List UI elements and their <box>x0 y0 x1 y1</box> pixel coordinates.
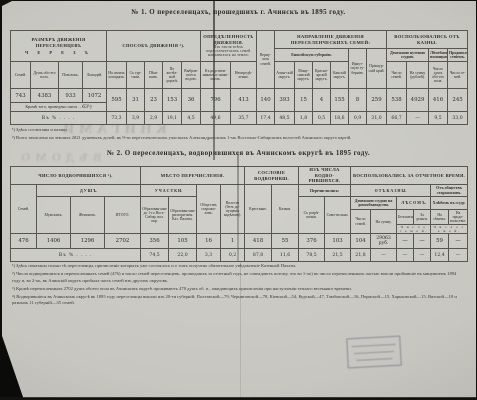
t1-col-header: Съ гур-тами. <box>127 62 145 89</box>
t1-data-cell: 8 <box>349 89 367 112</box>
t1-livestock-note: Кромѣ того, проведено скота . . 63¹) <box>11 103 107 112</box>
t2-g5-timber-subheader: Л Ѣ С О М Ъ. <box>397 197 431 210</box>
t2-col-header: Образован-ные распоря-жен. Каз. Палаты. <box>169 197 197 234</box>
t2-group-estate-header: СОСЛОВІЕ ВОДВОРИВШ. <box>245 167 299 185</box>
t2-col-header: Женскихъ. <box>71 197 105 234</box>
t1-col-header: Мину-синскій округъ. <box>295 62 313 89</box>
t1-percent-cell: 17,4 <box>257 112 275 125</box>
t2-data-cell: — <box>414 234 431 249</box>
t2-data-cell: 1 <box>221 234 245 249</box>
fold-crease-upper <box>213 0 215 160</box>
t2-percent-cell: 3,3 <box>197 249 221 262</box>
t2-data-cell: 105 <box>169 234 197 249</box>
t1-data-cell: 36 <box>182 89 201 112</box>
t1-group-opredelennost-header: ОПРЕДѢЛЕННОСТЬ ДВИЖЕНІЯ. Изъ числа всѣхъ… <box>201 31 257 62</box>
t2-col-header: На сумму. <box>371 210 397 234</box>
t2-percent-cell: 78,5 <box>299 249 325 262</box>
library-stamp <box>346 336 401 369</box>
t1-percent-cell: 49,6 <box>201 112 231 125</box>
table-1: РАЗМѢРЪ ДВИЖЕНІЯ ПЕРЕСЕЛЕНЦЕВЪ Ч Е Р Е З… <box>10 30 468 125</box>
t1-g1-spaced: Ч Е Р Е З Ъ <box>12 50 105 56</box>
t1-group-napravlenie-header: НАПРАВЛЕНІЕ ДВИЖЕНІЯ ПЕРЕСЕЛЕНЧЕСКИХЪ СЕ… <box>275 31 387 49</box>
t2-data-cell: 55 <box>272 234 299 249</box>
t1-col-header: По желѣз-ной дорогѣ. <box>163 62 182 89</box>
t1-returned-families-header: Верну-лось семей. <box>257 31 275 89</box>
t1-col-header: Неопредѣ-ленно. <box>231 62 257 89</box>
t2-percent-cell: 21,5 <box>325 249 351 262</box>
t2-col-header: Обществъ старожи-ловъ. <box>197 185 221 234</box>
t2-number-of-families-band: Ч и с л о с е м е й. <box>397 225 431 234</box>
t1-col-header: Къ родствен-никамъ и знако-мымъ. <box>201 62 231 89</box>
t2-percent-row-label: Въ % . . . . <box>11 249 141 262</box>
t1-percent-cell: 48,5 <box>275 112 295 125</box>
t1-percent-cell: 0,9 <box>349 112 367 125</box>
t2-col-header: Мужскихъ. <box>37 197 71 234</box>
t2-col-header: Крестьяне. <box>245 185 272 234</box>
t2-col-header: Съ разрѣ-шенія. <box>299 197 325 234</box>
t1-percent-cell: 9,5 <box>429 112 448 125</box>
t1-data-cell: 153 <box>163 89 182 112</box>
t1-col-header: Число семей. <box>387 62 407 89</box>
t2-percent-cell: 0,2 <box>221 249 245 262</box>
fold-crease-bottom <box>240 262 241 398</box>
t2-col-header: Казаки. <box>272 185 299 234</box>
t1-g5-subgroup-loan: Денежною путевою ссудою. <box>387 49 429 62</box>
t2-col-header: Безплатно. <box>397 210 414 225</box>
t2-data-cell: 2702 <box>105 234 141 249</box>
fold-crease-lower <box>237 152 239 262</box>
table2-footnotes: ¹) Здѣсь показаны только тѣ переселенцы,… <box>12 263 464 308</box>
t2-percent-cell: — <box>371 249 397 262</box>
t1-percent-cell: 4,5 <box>182 112 201 125</box>
t2-col-header: На продо-вольствіе. <box>449 210 468 225</box>
footnote: ²) Число водворившихся и перечисленныхъ … <box>12 271 464 285</box>
t2-col-header: ИТОГО. <box>105 197 141 234</box>
t2-data-cell: 356 <box>141 234 169 249</box>
t1-col-header: Красно-ярскій округъ. <box>313 62 331 89</box>
t1-col-header: Канскій округъ. <box>331 62 349 89</box>
t1-g3-title: ОПРЕДѢЛЕННОСТЬ ДВИЖЕНІЯ. <box>202 34 255 45</box>
t1-group-sposob-header: СПОСОБЪ ДВИЖЕНІЯ ²). <box>107 31 201 62</box>
footnote: ¹) Здѣсь сосчитаны и казаки. <box>12 127 464 134</box>
t2-percent-cell: — <box>449 249 468 262</box>
t1-g4-col-priamur: Пріамур-скій край. <box>367 49 387 89</box>
t2-group-settled-header: ЧИСЛО ВОДВОРИВШИХСЯ ¹). <box>11 167 141 185</box>
footnote: ¹) Здѣсь показаны только тѣ переселенцы,… <box>12 263 464 270</box>
t1-percent-cell: 2,9 <box>145 112 163 125</box>
t2-col-header: На сѣмена. <box>431 210 449 225</box>
t1-data-cell: 15 <box>295 89 313 112</box>
scanned-document-page: { "t1": { "title": "№ 1. О переселенцахъ… <box>0 0 477 400</box>
t1-percent-cell: 19,1 <box>163 112 182 125</box>
t2-group-ofnumber-header: ИЗЪ ЧИСЛА ВОДВО-РИВШИХСЯ. <box>299 167 351 185</box>
t2-percent-cell: 21,8 <box>351 249 371 262</box>
t2-data-cell: 29063 руб. <box>371 234 397 249</box>
t1-col-header: Число душъ обо-его пола. <box>429 62 448 89</box>
t1-col-header: Душъ обо-его пола. <box>31 62 59 89</box>
t1-group-vospolzovalis-header: ВОСПОЛЬЗОВАЛИСЬ ОТЪ КАЗНЫ. <box>387 31 468 49</box>
t1-data-cell: 416 <box>429 89 448 112</box>
t1-col-header: На своихъ лошадяхъ. <box>107 62 127 89</box>
t1-data-cell: 595 <box>107 89 127 112</box>
t1-col-header: Ачин-скій округъ. <box>275 62 295 89</box>
t2-g1-dush-subheader: Д У Ш Ъ. <box>37 185 141 197</box>
t2-data-cell: 476 <box>11 234 37 249</box>
t1-col-header: Пѣш-комъ. <box>145 62 163 89</box>
t2-data-cell: — <box>397 234 414 249</box>
t2-data-cell: — <box>449 234 468 249</box>
t1-g3-subtitle: Изъ числа всѣхъ переселенческихъ семей н… <box>202 46 255 58</box>
t1-percent-cell: 18,6 <box>331 112 349 125</box>
t2-g5-oldtimers-subheader: Отъ обществъ старожиловъ. <box>431 185 468 197</box>
t1-percent-cell: 66,7 <box>387 112 407 125</box>
t1-col-header: На сумму (рублей). <box>407 62 429 89</box>
t2-data-cell: 376 <box>299 234 325 249</box>
t2-group-place-header: МѢСТО ПЕРЕЧИСЛЕНІЯ. <box>141 167 245 185</box>
t1-data-cell: 743 <box>11 89 31 103</box>
t1-data-cell: 4929 <box>407 89 429 112</box>
t2-percent-cell: 74,5 <box>141 249 169 262</box>
t1-data-cell: 259 <box>367 89 387 112</box>
t2-data-cell: 16 <box>197 234 221 249</box>
t1-data-cell: 155 <box>331 89 349 112</box>
t1-percent-cell: — <box>407 112 429 125</box>
table1-footnotes: ¹) Здѣсь сосчитаны и казаки. ²) Всего за… <box>12 127 464 143</box>
t2-data-cell: 1406 <box>37 234 71 249</box>
t2-col-header: Само-вольно. <box>325 197 351 234</box>
t1-data-cell: 140 <box>257 89 275 112</box>
t1-percent-cell: 73,3 <box>107 112 127 125</box>
t1-col-header: Семей. <box>11 62 31 89</box>
t2-g5-grainloan-subheader: Хлѣбомъ въ ссуду. <box>431 197 468 210</box>
t2-percent-cell: 87,8 <box>245 249 272 262</box>
t2-data-cell: 104 <box>351 234 371 249</box>
t2-data-cell: 418 <box>245 234 272 249</box>
t2-data-cell: 103 <box>325 234 351 249</box>
footnote: ⁴) Водворившіеся въ Ачинскомъ округѣ въ … <box>12 294 464 308</box>
t2-group-benefits-header: ВОСПОЛЬЗОВАЛИСЬ ЗА ОТЧЕТНОЕ ВРЕМЯ. <box>351 167 468 185</box>
t2-data-cell: 1296 <box>71 234 105 249</box>
t1-col-header: Повозокъ. <box>59 62 83 89</box>
t1-data-cell: 31 <box>127 89 145 112</box>
t2-data-cell: 59 <box>431 234 449 249</box>
t1-percent-row-label: Въ % . . . . <box>11 112 107 125</box>
t2-col-header: Число семей. <box>351 210 371 234</box>
t1-group-razmer-header: РАЗМѢРЪ ДВИЖЕНІЯ ПЕРЕСЕЛЕНЦЕВЪ Ч Е Р Е З… <box>11 31 107 62</box>
t1-data-cell: 1072 <box>83 89 107 103</box>
t2-g4-transferred-subheader: Перечислились: <box>299 185 351 197</box>
table2-title: № 2. О переселенцахъ, водворившихся въ А… <box>10 149 467 157</box>
t1-percent-cell: 3,9 <box>127 112 145 125</box>
t1-g1-line2: ПЕРЕСЕЛЕНЦЕВЪ <box>12 43 105 49</box>
t1-g5-subgroup-medical: Лѣчебною помощью. <box>429 49 448 62</box>
t2-g5-moneyloan-subheader: Денежною ссудою на домообзаводство. <box>351 197 397 210</box>
table-2: ЧИСЛО ВОДВОРИВШИХСЯ ¹). МѢСТО ПЕРЕЧИСЛЕН… <box>10 166 468 262</box>
t1-data-cell: 933 <box>59 89 83 103</box>
t1-data-cell: 413 <box>231 89 257 112</box>
t1-col-header: Число се-мей. <box>448 62 468 89</box>
footnote: ³) Кромѣ перечисленныхъ 2702 душъ обоего… <box>12 286 464 293</box>
t2-percent-cell: 22,0 <box>169 249 197 262</box>
t2-percent-cell: — <box>414 249 431 262</box>
t1-data-cell: 538 <box>387 89 407 112</box>
table1-title: № 1. О переселенцахъ, прошедшихъ г. Ачин… <box>10 8 467 16</box>
t2-percent-cell: — <box>397 249 414 262</box>
t1-data-cell: 796 <box>201 89 231 112</box>
t1-percent-cell: 0,5 <box>313 112 331 125</box>
t2-col-header: За деньги. <box>414 210 431 225</box>
t2-col-header: Образован-ные до 1-го Вост.-Сибир. вол. … <box>141 197 169 234</box>
footnote: ²) Всего зачислено на земляхъ 2021 душев… <box>12 135 464 142</box>
t1-percent-cell: 35,7 <box>231 112 257 125</box>
t1-g5-subgroup-food: Продоволь-ствіемъ. <box>448 49 468 62</box>
t2-col-header: Семей. <box>11 185 37 234</box>
t1-col-header: Лошадей. <box>83 62 107 89</box>
t1-livestock-note-text: Кромѣ того, проведено скота . . <box>25 104 81 109</box>
t1-percent-cell: 31,0 <box>367 112 387 125</box>
t1-data-cell: 393 <box>275 89 295 112</box>
t2-percent-cell: 12,4 <box>431 249 449 262</box>
t1-g4-subgroup-yenisei: Енисейскую губернію. <box>275 49 349 62</box>
t2-col-header: Волости (безъ до-пущенія надѣловъ). <box>221 185 245 234</box>
t1-livestock-note-value: 63¹) <box>82 105 91 110</box>
t1-percent-cell: 1,8 <box>295 112 313 125</box>
t1-data-cell: 4 <box>313 89 331 112</box>
t2-g2-uchastki-subheader: У Ч А С Т К И. <box>141 185 197 197</box>
t1-data-cell: 23 <box>145 89 163 112</box>
t1-g4-col-irkutsk: Иркут-скую гу-бернію. <box>349 49 367 89</box>
t2-g5-treasury-subheader: О Т Ъ К А З Н Ы. <box>351 185 431 197</box>
t2-number-of-families-band: Ч и с л о с е м е й. <box>431 225 468 234</box>
t2-percent-cell: 11,6 <box>272 249 299 262</box>
t1-col-header: Выбрав-шіеся водою. <box>182 62 201 89</box>
t1-data-cell: 4383 <box>31 89 59 103</box>
t1-percent-cell: 33,0 <box>448 112 468 125</box>
t1-data-cell: 245 <box>448 89 468 112</box>
